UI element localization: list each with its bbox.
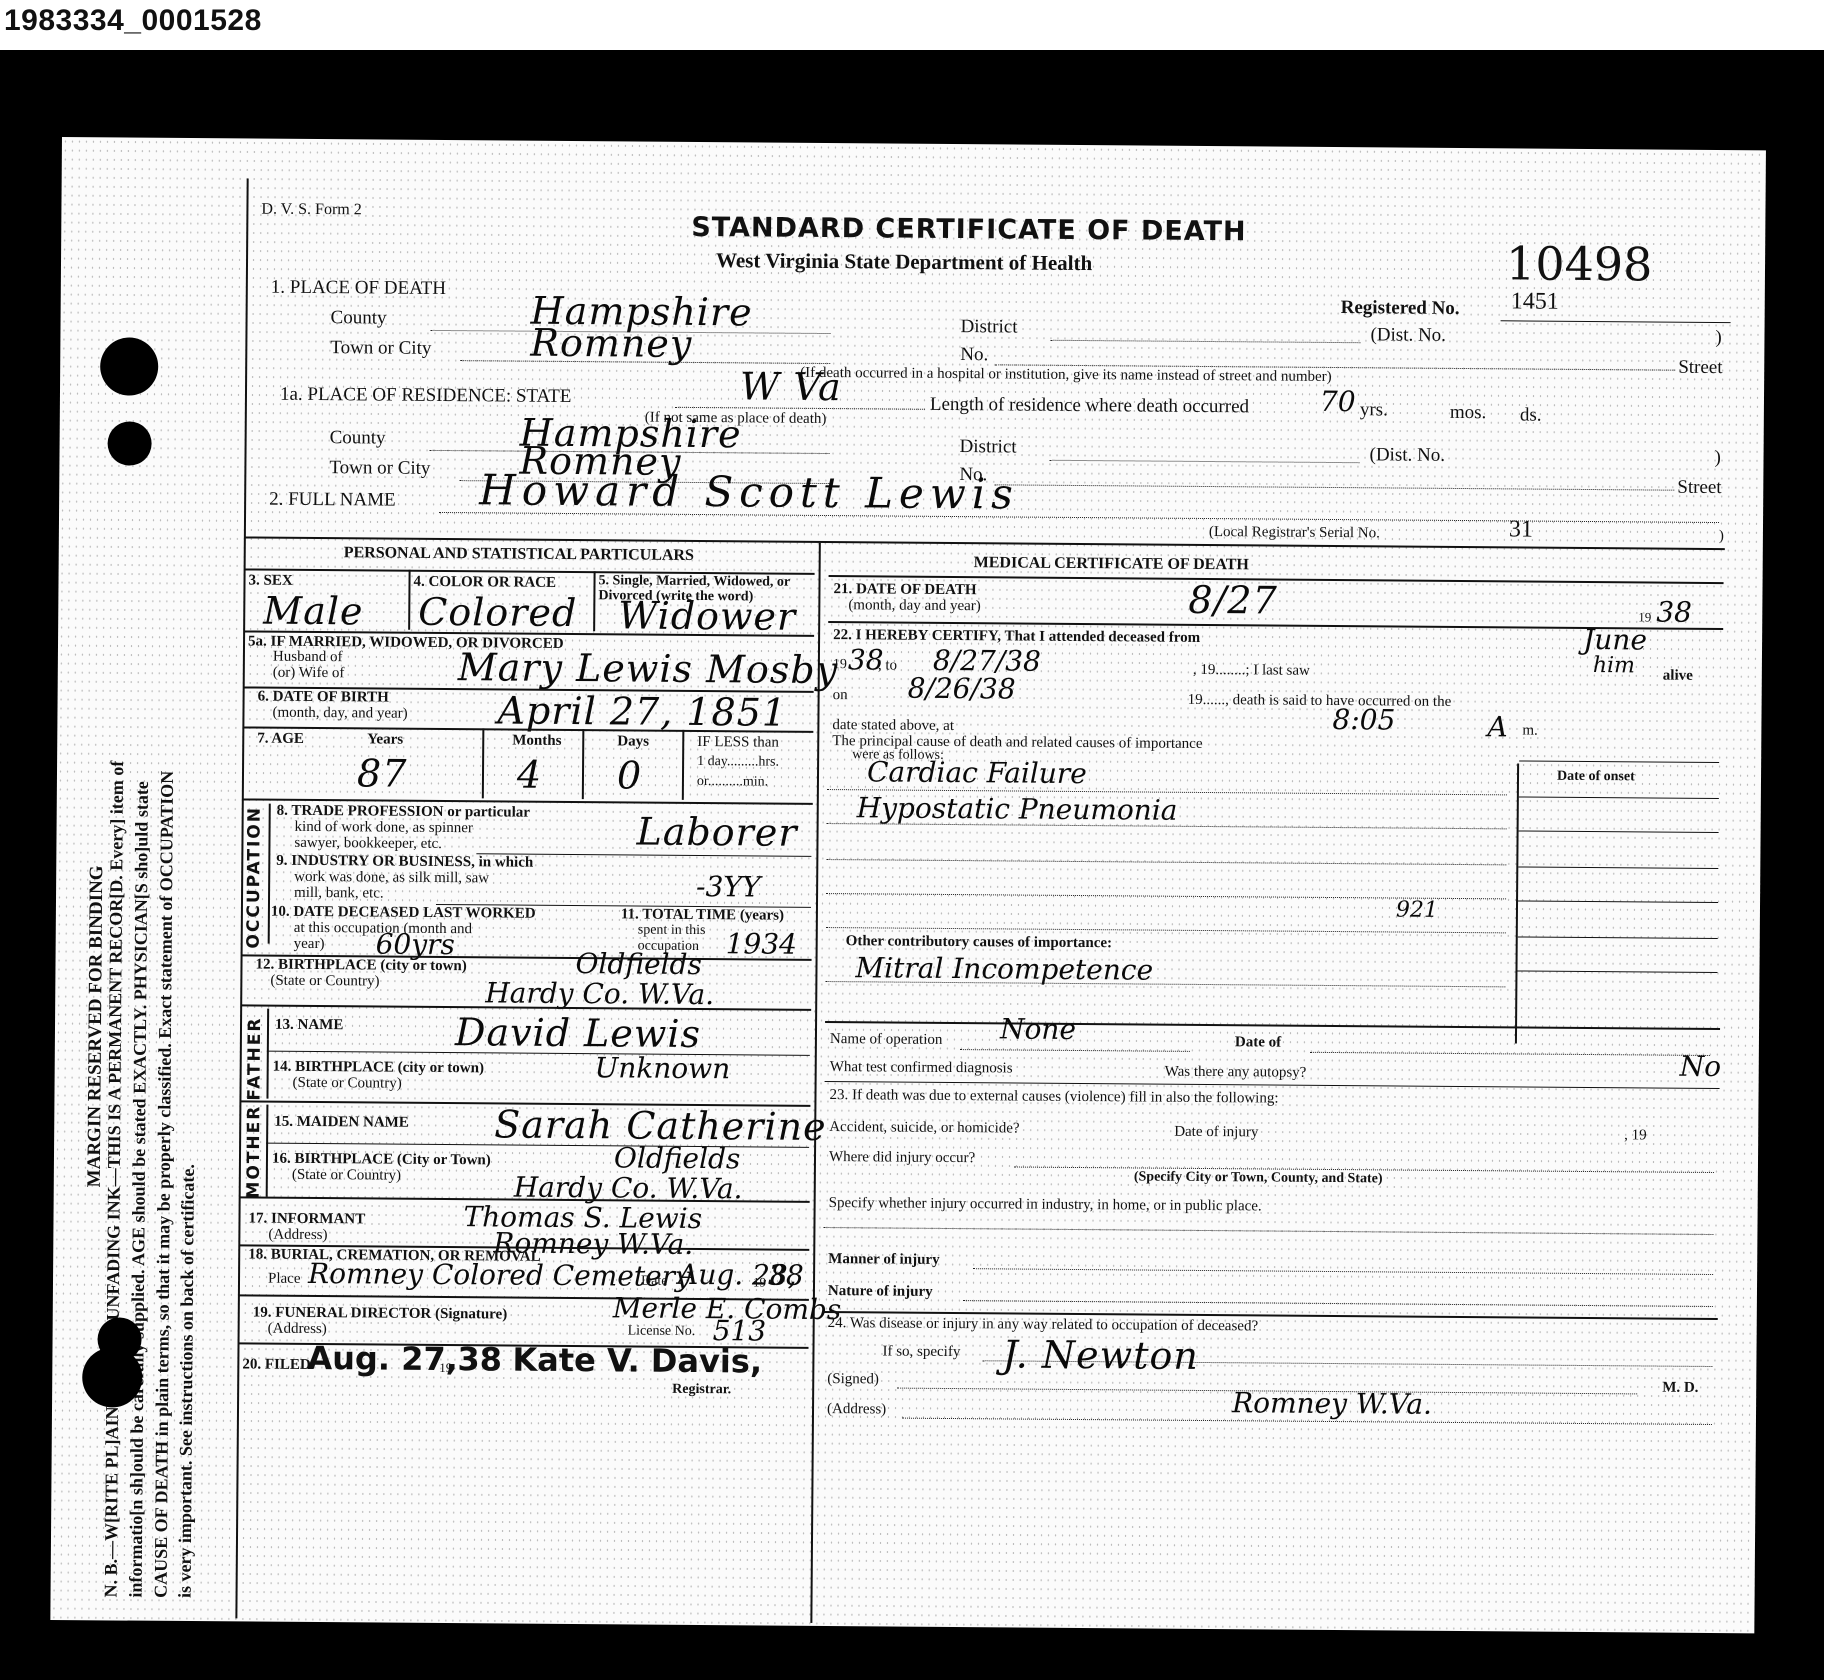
marital-status: Widower xyxy=(618,593,796,638)
physician-address: Romney W.Va. xyxy=(1232,1386,1432,1421)
registrar-signature: Kate V. Davis, xyxy=(512,1341,762,1381)
form-number: D. V. S. Form 2 xyxy=(261,201,361,220)
death-town: Romney xyxy=(530,321,692,366)
no-label: No. xyxy=(960,344,988,366)
operation: None xyxy=(1000,1012,1076,1046)
last-saw-pronoun: him xyxy=(1593,653,1635,678)
race: Colored xyxy=(418,590,577,635)
date-of-death: 8/27 xyxy=(1188,578,1278,623)
total-time: 1934 xyxy=(726,927,798,961)
place-of-death-label: 1. PLACE OF DEATH xyxy=(271,277,446,300)
last-saw-date: 8/26/38 xyxy=(908,672,1016,706)
full-name: Howard Scott Lewis xyxy=(479,465,1019,518)
margin-line-4: CAUSE OF DEATH in plain terms, so that i… xyxy=(151,771,178,1598)
father-side-label: FATHER xyxy=(244,1016,265,1100)
dist-no-label: (Dist. No. xyxy=(1370,324,1446,347)
attended-from: June xyxy=(1583,623,1647,657)
death-year: 38 xyxy=(1656,596,1692,629)
burial-place: Romney Colored Cemetery xyxy=(308,1257,691,1293)
age-days: 0 xyxy=(617,753,643,797)
district-label: District xyxy=(960,316,1017,338)
county-label: County xyxy=(330,307,386,329)
serial-no: 31 xyxy=(1509,516,1533,543)
header-bar: 1983334_0001528 xyxy=(0,0,1824,50)
medical-header: MEDICAL CERTIFICATE OF DEATH xyxy=(974,554,1249,574)
cause-note: 921 xyxy=(1396,898,1438,923)
date-of-birth: April 27, 1851 xyxy=(497,688,787,734)
residence-years: 70 xyxy=(1320,385,1356,418)
binding-hole xyxy=(100,337,158,395)
onset-label: Date of onset xyxy=(1557,769,1635,786)
death-certificate: MARGIN RESERVED FOR BINDING N. B.—W[RITE… xyxy=(50,137,1766,1633)
registered-no-label: Registered No. xyxy=(1341,297,1460,320)
residence-label: 1a. PLACE OF RESIDENCE: STATE xyxy=(280,384,572,408)
town-label: Town or City xyxy=(330,337,431,360)
industry: -3YY xyxy=(696,870,761,904)
age-years: 87 xyxy=(357,751,408,795)
father-birthplace: Unknown xyxy=(595,1051,731,1085)
mother-birthplace-city: Oldfields xyxy=(614,1141,741,1175)
certificate-number: 10498 xyxy=(1506,236,1653,291)
certificate-subtitle: West Virginia State Department of Health xyxy=(716,248,1092,276)
filed-date: Aug. 27, xyxy=(307,1339,458,1378)
registered-no: 1451 xyxy=(1511,288,1559,315)
filed-year: 38 xyxy=(457,1340,502,1378)
street-label: Street xyxy=(1678,357,1722,379)
binding-hole xyxy=(82,1347,142,1407)
column-divider xyxy=(810,543,820,1623)
occupation-side-label: OCCUPATION xyxy=(244,806,265,949)
trade: Laborer xyxy=(636,810,797,855)
full-name-label: 2. FULL NAME xyxy=(269,489,396,512)
sex: Male xyxy=(263,589,364,634)
binding-hole xyxy=(107,421,151,465)
birthplace-city: Oldfields xyxy=(575,947,702,981)
document-id: 1983334_0001528 xyxy=(4,4,262,38)
burial-year: 38 xyxy=(768,1259,804,1292)
father-name: David Lewis xyxy=(455,1010,701,1056)
time-of-death: 8:05 xyxy=(1332,703,1395,736)
age-months: 4 xyxy=(517,753,543,797)
length-label: Length of residence where death occurred xyxy=(930,394,1249,419)
certificate-title: STANDARD CERTIFICATE OF DEATH xyxy=(691,212,1247,247)
spouse-name: Mary Lewis Mosby xyxy=(458,645,839,692)
residence-state: W Va xyxy=(740,364,842,409)
mother-side-label: MOTHER xyxy=(244,1105,265,1199)
hospital-note: (If death occurred in a hospital or inst… xyxy=(800,365,1332,386)
cause-2: Hypostatic Pneumonia xyxy=(857,791,1178,827)
physician-signature: J. Newton xyxy=(1002,1332,1199,1378)
cause-1: Cardiac Failure xyxy=(867,755,1087,790)
margin-line-3: informatio[n sh]ould be carefully suppli… xyxy=(126,781,153,1598)
margin-line-5: is very important. See instructions on b… xyxy=(175,1164,199,1598)
personal-header: PERSONAL AND STATISTICAL PARTICULARS xyxy=(344,544,694,565)
autopsy: No xyxy=(1680,1050,1722,1083)
am-pm: A xyxy=(1487,710,1507,743)
